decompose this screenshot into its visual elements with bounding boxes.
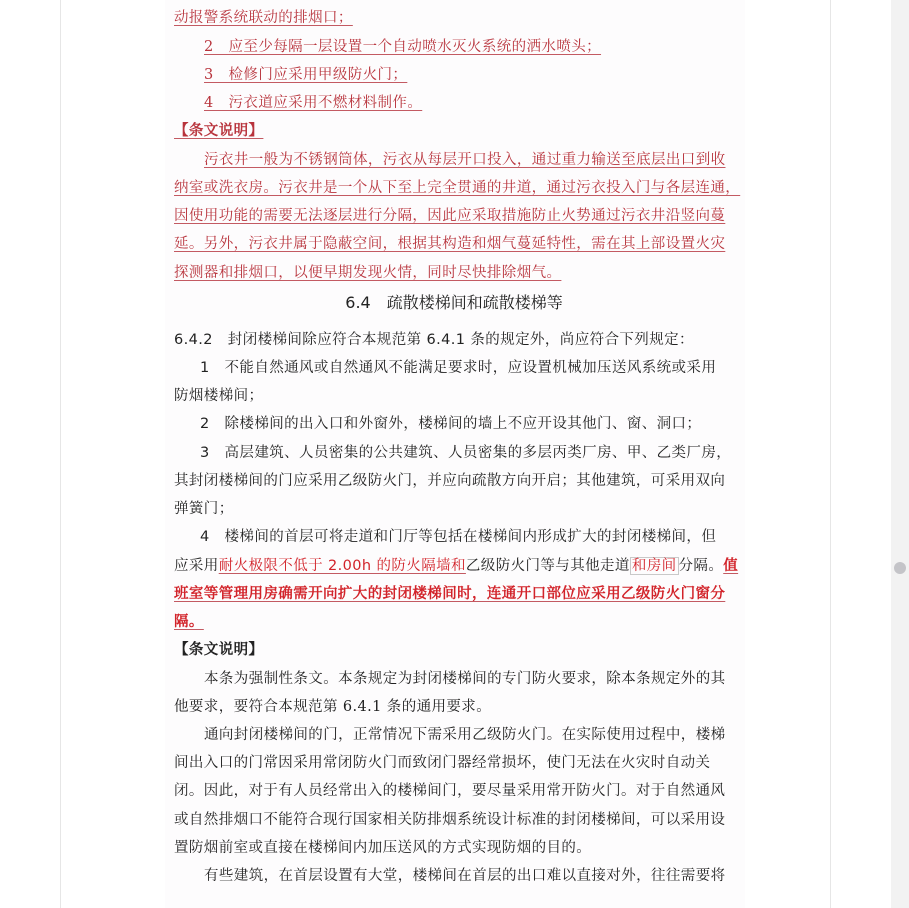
explanation-line: 间出入口的门常因采用常闭防火门而致闭门器经常损坏，使门无法在火灾时自动关	[174, 753, 710, 773]
clause-intro: 6.4.2 封闭楼梯间除应符合本规范第 6.4.1 条的规定外，尚应符合下列规定…	[174, 330, 694, 350]
text-inserted: 值	[723, 558, 738, 574]
prev-line-0: 动报警系统联动的排烟口；	[174, 8, 353, 28]
explanation-line: 他要求，要符合本规范第 6.4.1 条的通用要求。	[174, 697, 491, 717]
prev-item-4: 4 污衣道应采用不燃材料制作。	[204, 93, 422, 113]
prev-explanation-line: 纳室或洗衣房。污衣井是一个从下至上完全贯通的井道，通过污衣投入门与各层连通，	[174, 178, 740, 198]
clause-item-1-cont: 防烟楼梯间；	[174, 386, 263, 406]
page-border-left	[60, 0, 61, 908]
clause-item-4-inserted: 班室等管理用房确需开向扩大的封闭楼梯间时，连通开口部位应采用乙级防火门窗分	[174, 584, 725, 604]
prev-explanation-line: 延。另外，污衣井属于隐蔽空间，根据其构造和烟气蔓延特性，需在其上部设置火灾	[174, 234, 725, 254]
page-border-right	[830, 0, 831, 908]
clause-item-4-inserted: 隔。	[174, 612, 204, 632]
explanation-label: 【条文说明】	[174, 640, 263, 660]
text-plain: 分隔。	[679, 558, 724, 574]
prev-explanation-line: 污衣井一般为不锈钢筒体，污衣从每层开口投入，通过重力输送至底层出口到收	[204, 150, 726, 170]
text-inserted: 耐火极限不低于 2.00h 的防火隔墙和	[219, 558, 466, 574]
prev-explanation-label: 【条文说明】	[174, 121, 263, 141]
clause-item-2: 2 除楼梯间的出入口和外窗外，楼梯间的墙上不应开设其他门、窗、洞口；	[200, 414, 701, 434]
clause-item-3: 3 高层建筑、人员密集的公共建筑、人员密集的多层丙类厂房、甲、乙类厂房，	[200, 443, 731, 463]
vertical-scrollbar[interactable]	[891, 0, 909, 908]
text-plain: 应采用	[174, 558, 219, 574]
prev-explanation-line: 探测器和排烟口，以便早期发现火情，同时尽快排除烟气。	[174, 263, 561, 283]
explanation-line: 或自然排烟口不能符合现行国家相关防排烟系统设计标准的封闭楼梯间，可以采用设	[174, 810, 725, 830]
clause-item-4: 4 楼梯间的首层可将走道和门厅等包括在楼梯间内形成扩大的封闭楼梯间，但	[200, 527, 716, 547]
clause-item-1: 1 不能自然通风或自然通风不能满足要求时，应设置机械加压送风系统或采用	[200, 358, 716, 378]
clause-item-3-cont: 弹簧门；	[174, 499, 234, 519]
text-plain: 乙级防火门等与其他走道	[466, 558, 630, 574]
section-heading: 6.4 疏散楼梯间和疏散楼梯等	[174, 292, 734, 314]
explanation-line: 置防烟前室或直接在楼梯间内加压送风的方式实现防烟的目的。	[174, 838, 591, 858]
explanation-line: 通向封闭楼梯间的门，正常情况下需采用乙级防火门。在实际使用过程中，楼梯	[204, 725, 726, 745]
prev-item-2: 2 应至少每隔一层设置一个自动喷水灭火系统的洒水喷头；	[204, 37, 601, 57]
explanation-line: 有些建筑，在首层设置有大堂，楼梯间在首层的出口难以直接对外，往往需要将	[204, 866, 726, 886]
document-viewer: 动报警系统联动的排烟口； 2 应至少每隔一层设置一个自动喷水灭火系统的洒水喷头；…	[0, 0, 891, 908]
clause-item-4-cont: 应采用耐火极限不低于 2.00h 的防火隔墙和乙级防火门等与其他走道和房间分隔。…	[174, 556, 738, 576]
explanation-line: 本条为强制性条文。本条规定为封闭楼梯间的专门防火要求，除本条规定外的其	[204, 669, 726, 689]
text-inserted-boxed: 和房间	[630, 557, 679, 575]
scrollbar-thumb[interactable]	[894, 562, 906, 574]
prev-explanation-line: 因使用功能的需要无法逐层进行分隔，因此应采取措施防止火势通过污衣井沿竖向蔓	[174, 206, 725, 226]
explanation-line: 闭。因此，对于有人员经常出入的楼梯间门，要尽量采用常开防火门。对于自然通风	[174, 781, 725, 801]
prev-item-3: 3 检修门应采用甲级防火门；	[204, 65, 407, 85]
clause-item-3-cont: 其封闭楼梯间的门应采用乙级防火门，并应向疏散方向开启；其他建筑，可采用双向	[174, 471, 725, 491]
